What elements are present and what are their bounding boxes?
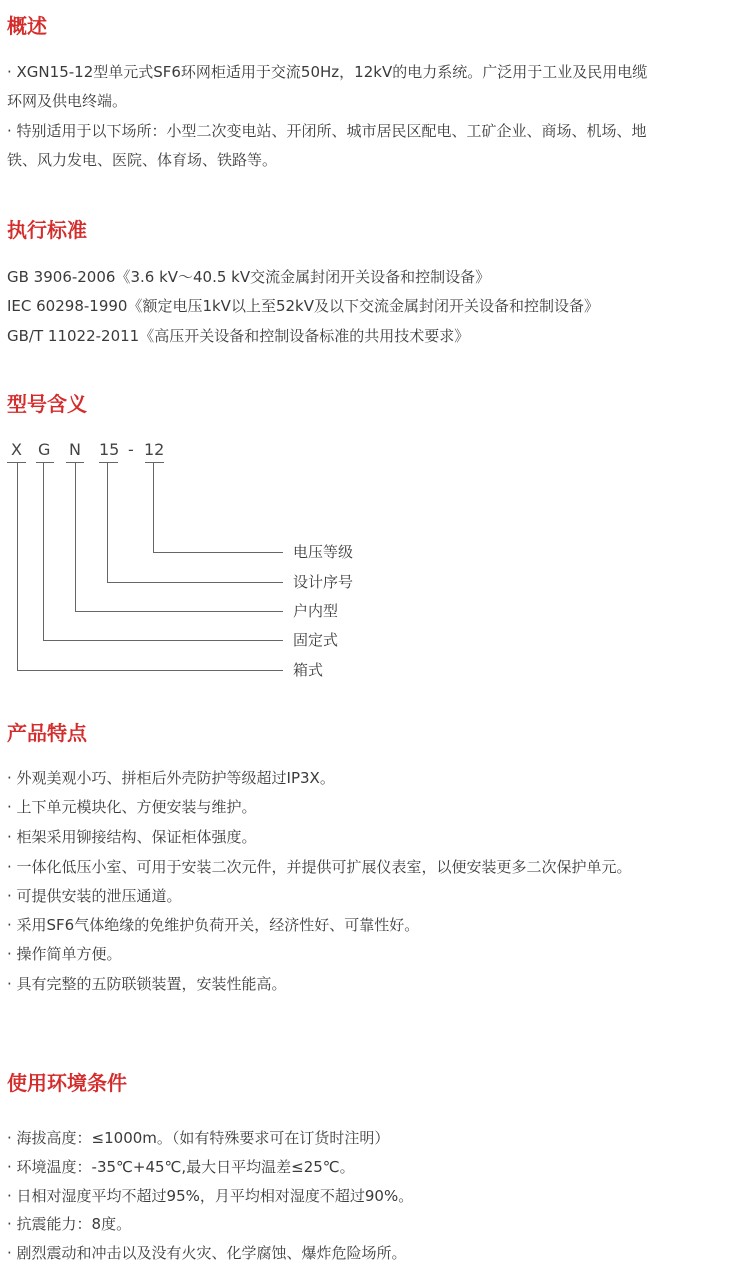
feature-item: · 操作简单方便。 xyxy=(7,944,122,964)
feature-item: · 外观美观小巧、拼柜后外壳防护等级超过IP3X。 xyxy=(7,768,335,788)
environment-item: · 日相对湿度平均不超过95%，月平均相对湿度不超过90%。 xyxy=(7,1186,413,1206)
feature-item: · 柜架采用铆接结构、保证柜体强度。 xyxy=(7,827,257,847)
section-title-features: 产品特点 xyxy=(7,721,87,745)
meaning-design-serial: 设计序号 xyxy=(293,572,353,592)
environment-item: · 环境温度：-35℃+45℃,最大日平均温差≤25℃。 xyxy=(7,1157,355,1177)
meaning-box-type: 箱式 xyxy=(293,660,323,680)
meaning-fixed: 固定式 xyxy=(293,630,338,650)
meaning-indoor: 户内型 xyxy=(293,601,338,621)
environment-item: · 海拔高度：≤1000m。（如有特殊要求可在订货时注明） xyxy=(7,1128,389,1148)
feature-item: · 可提供安装的泄压通道。 xyxy=(7,886,182,906)
feature-item: · 上下单元模块化、方便安装与维护。 xyxy=(7,797,257,817)
section-title-environment: 使用环境条件 xyxy=(7,1071,127,1095)
environment-item: · 剧烈震动和冲击以及没有火灾、化学腐蚀、爆炸危险场所。 xyxy=(7,1243,407,1263)
feature-item: · 一体化低压小室、可用于安装二次元件，并提供可扩展仪表室，以便安装更多二次保护… xyxy=(7,857,632,877)
environment-item: · 抗震能力：8度。 xyxy=(7,1214,131,1234)
feature-item: · 采用SF6气体绝缘的免维护负荷开关，经济性好、可靠性好。 xyxy=(7,915,419,935)
feature-item: · 具有完整的五防联锁装置，安装性能高。 xyxy=(7,974,287,994)
meaning-voltage-level: 电压等级 xyxy=(293,542,353,562)
